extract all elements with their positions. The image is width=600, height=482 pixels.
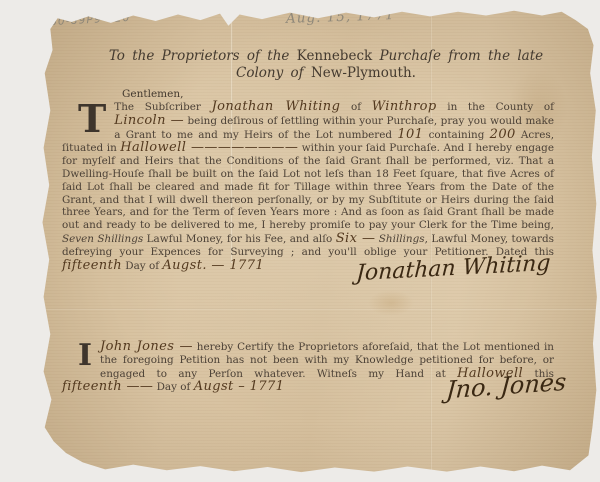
handwritten-town: Winthrop: [372, 99, 437, 114]
title-italic-text: To the Proprietors of the: [109, 48, 297, 64]
salutation: Gentlemen,: [122, 88, 183, 100]
document-title: To the Proprietors of the Kennebeck Purc…: [68, 48, 584, 82]
title-line-1: To the Proprietors of the Kennebeck Purc…: [68, 48, 584, 65]
petition-print-text: in the County of: [437, 101, 554, 113]
dropcap-letter: I: [78, 342, 92, 371]
handwritten-county: Lincoln —: [114, 113, 184, 128]
handwritten-petitioner-name: Jonathan Whiting: [212, 99, 341, 114]
handwritten-cert-day: fifteenth ——: [62, 379, 153, 394]
petition-print-text: Day of: [122, 260, 162, 272]
fold-crease-horizontal: [38, 308, 598, 310]
title-italic-text: Colony of: [236, 65, 311, 81]
petition-print-text: Lawful Money, for his Fee, and alſo: [143, 233, 336, 245]
handwritten-cert-date: Augst – 1771: [194, 379, 285, 394]
title-roman-text: New-Plymouth.: [311, 65, 416, 81]
handwritten-lot-number: 101: [397, 127, 423, 142]
handwritten-month-year: Augst. — 1771: [162, 258, 264, 273]
handwritten-day: fifteenth: [62, 258, 122, 273]
title-italic-text: Purchaſe from the late: [372, 48, 543, 64]
petition-italic-text: Shillings: [375, 233, 424, 245]
handwritten-fee-amount: Six —: [336, 231, 376, 246]
document-paper: 60-89P9-020 Aug. 15, 1771 To the Proprie…: [38, 8, 598, 474]
title-roman-text: Kennebeck: [297, 48, 372, 64]
paper-stain: [368, 290, 414, 316]
date-annotation: Aug. 15, 1771: [286, 7, 395, 27]
dropcap-letter: T: [78, 102, 106, 137]
handwritten-acreage: 200: [490, 127, 516, 142]
handwritten-certifier-name: John Jones —: [100, 339, 193, 354]
handwritten-township: Hallowell ————————: [120, 140, 298, 155]
certification-print-text: Day of: [153, 381, 193, 393]
petition-print-text: within your ſaid Purchaſe. And I hereby …: [62, 142, 554, 231]
petition-italic-text: Seven Shillings: [62, 233, 143, 245]
catalog-number-annotation: 60-89P9-020: [50, 12, 131, 28]
petition-paragraph: TThe Subſcriber Jonathan Whiting of Wint…: [62, 100, 554, 272]
petition-print-text: of: [340, 101, 371, 113]
petition-print-text: containing: [423, 129, 489, 141]
petition-print-text: The Subſcriber: [114, 101, 211, 113]
title-line-2: Colony of New-Plymouth.: [68, 65, 584, 82]
